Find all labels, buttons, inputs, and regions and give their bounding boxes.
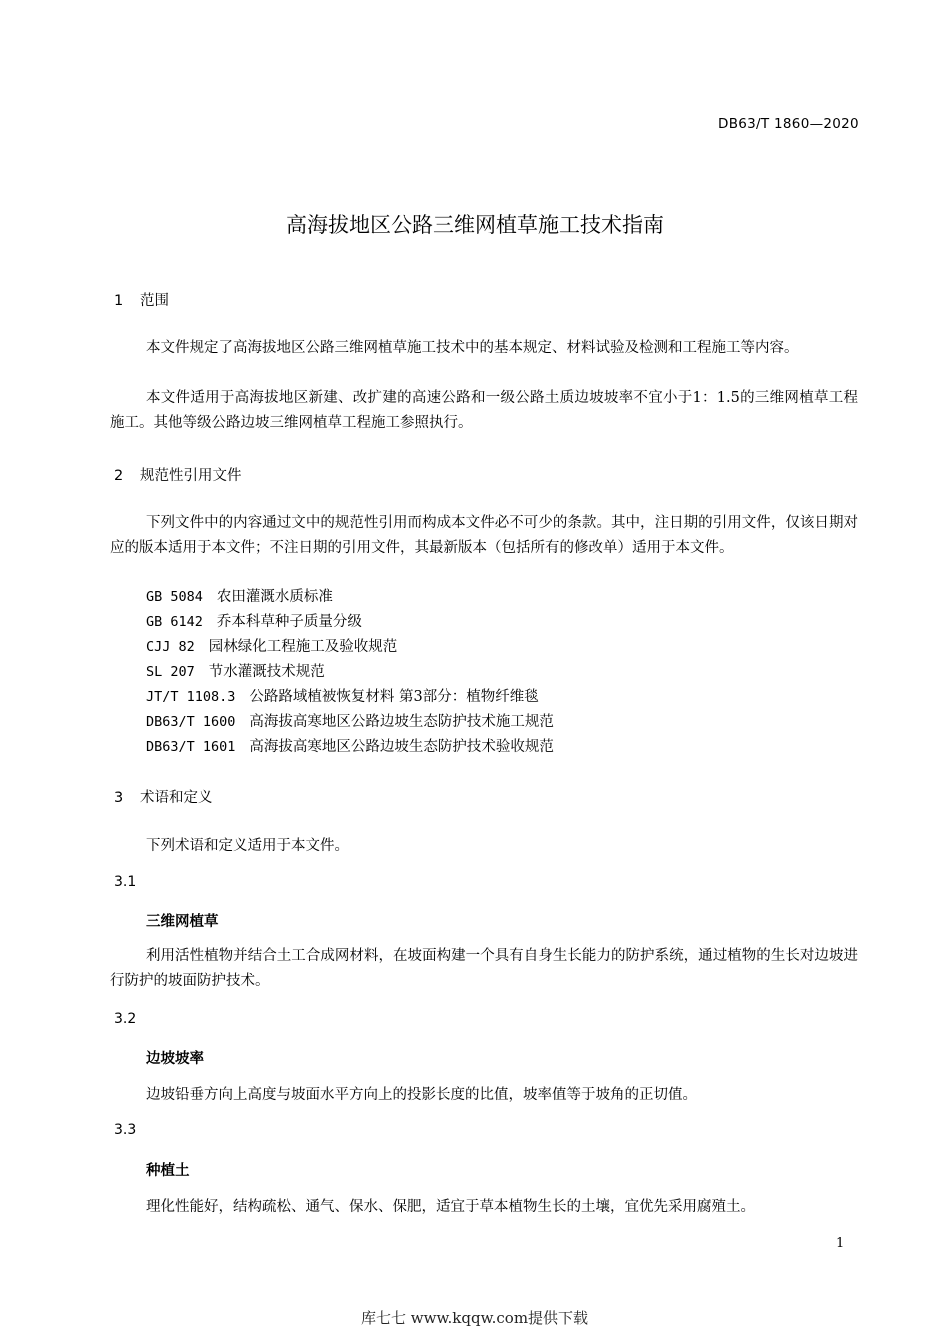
reference-item: DB63/T 1600高海拔高寒地区公路边坡生态防护技术施工规范 bbox=[146, 710, 554, 731]
reference-name: 农田灌溉水质标准 bbox=[217, 589, 333, 605]
reference-item: SL 207节水灌溉技术规范 bbox=[146, 660, 325, 681]
reference-name: 乔本科草种子质量分级 bbox=[217, 614, 362, 630]
reference-name: 节水灌溉技术规范 bbox=[209, 664, 325, 680]
paragraph: 下列文件中的内容通过文中的规范性引用而构成本文件必不可少的条款。其中，注日期的引… bbox=[110, 511, 858, 561]
section-number: 1 bbox=[114, 293, 140, 309]
paragraph: 本文件规定了高海拔地区公路三维网植草施工技术中的基本规定、材料试验及检测和工程施… bbox=[110, 336, 858, 361]
reference-item: DB63/T 1601高海拔高寒地区公路边坡生态防护技术验收规范 bbox=[146, 735, 554, 756]
document-title: 高海拔地区公路三维网植草施工技术指南 bbox=[0, 209, 950, 239]
reference-name: 高海拔高寒地区公路边坡生态防护技术验收规范 bbox=[249, 739, 554, 755]
reference-item: JT/T 1108.3公路路域植被恢复材料 第3部分：植物纤维毯 bbox=[146, 685, 539, 706]
clause-number: 3.3 bbox=[114, 1122, 136, 1138]
paragraph: 本文件适用于高海拔地区新建、改扩建的高速公路和一级公路土质边坡坡率不宜小于1：1… bbox=[110, 386, 858, 436]
clause-number: 3.2 bbox=[114, 1011, 136, 1027]
section-number: 2 bbox=[114, 468, 140, 484]
reference-item: CJJ 82园林绿化工程施工及验收规范 bbox=[146, 635, 397, 656]
document-code: DB63/T 1860—2020 bbox=[718, 116, 859, 132]
page-number: 1 bbox=[836, 1236, 844, 1251]
reference-code: GB 5084 bbox=[146, 589, 203, 605]
reference-item: GB 5084农田灌溉水质标准 bbox=[146, 585, 333, 606]
section-title: 范围 bbox=[140, 293, 169, 309]
section-number: 3 bbox=[114, 790, 140, 806]
reference-name: 公路路域植被恢复材料 第3部分：植物纤维毯 bbox=[249, 689, 538, 705]
reference-code: DB63/T 1600 bbox=[146, 714, 235, 730]
section-title: 术语和定义 bbox=[140, 790, 213, 806]
reference-code: DB63/T 1601 bbox=[146, 739, 235, 755]
term-definition: 利用活性植物并结合土工合成网材料，在坡面构建一个具有自身生长能力的防护系统，通过… bbox=[110, 944, 858, 994]
term-name: 边坡坡率 bbox=[146, 1047, 204, 1068]
reference-code: SL 207 bbox=[146, 664, 195, 680]
section-2-heading: 2规范性引用文件 bbox=[114, 464, 242, 485]
paragraph: 下列术语和定义适用于本文件。 bbox=[146, 834, 349, 855]
reference-code: GB 6142 bbox=[146, 614, 203, 630]
section-3-heading: 3术语和定义 bbox=[114, 786, 213, 807]
reference-code: CJJ 82 bbox=[146, 639, 195, 655]
reference-name: 高海拔高寒地区公路边坡生态防护技术施工规范 bbox=[249, 714, 554, 730]
term-definition: 边坡铅垂方向上高度与坡面水平方向上的投影长度的比值，坡率值等于坡角的正切值。 bbox=[146, 1083, 697, 1104]
reference-code: JT/T 1108.3 bbox=[146, 689, 235, 705]
clause-number: 3.1 bbox=[114, 874, 136, 890]
reference-item: GB 6142乔本科草种子质量分级 bbox=[146, 610, 362, 631]
term-name: 种植土 bbox=[146, 1159, 190, 1180]
reference-name: 园林绿化工程施工及验收规范 bbox=[209, 639, 398, 655]
term-name: 三维网植草 bbox=[146, 910, 219, 931]
section-1-heading: 1范围 bbox=[114, 289, 169, 310]
section-title: 规范性引用文件 bbox=[140, 468, 242, 484]
term-definition: 理化性能好，结构疏松、通气、保水、保肥，适宜于草本植物生长的土壤，宜优先采用腐殖… bbox=[146, 1195, 755, 1216]
footer-watermark: 库七七 www.kqqw.com提供下载 bbox=[361, 1307, 588, 1328]
